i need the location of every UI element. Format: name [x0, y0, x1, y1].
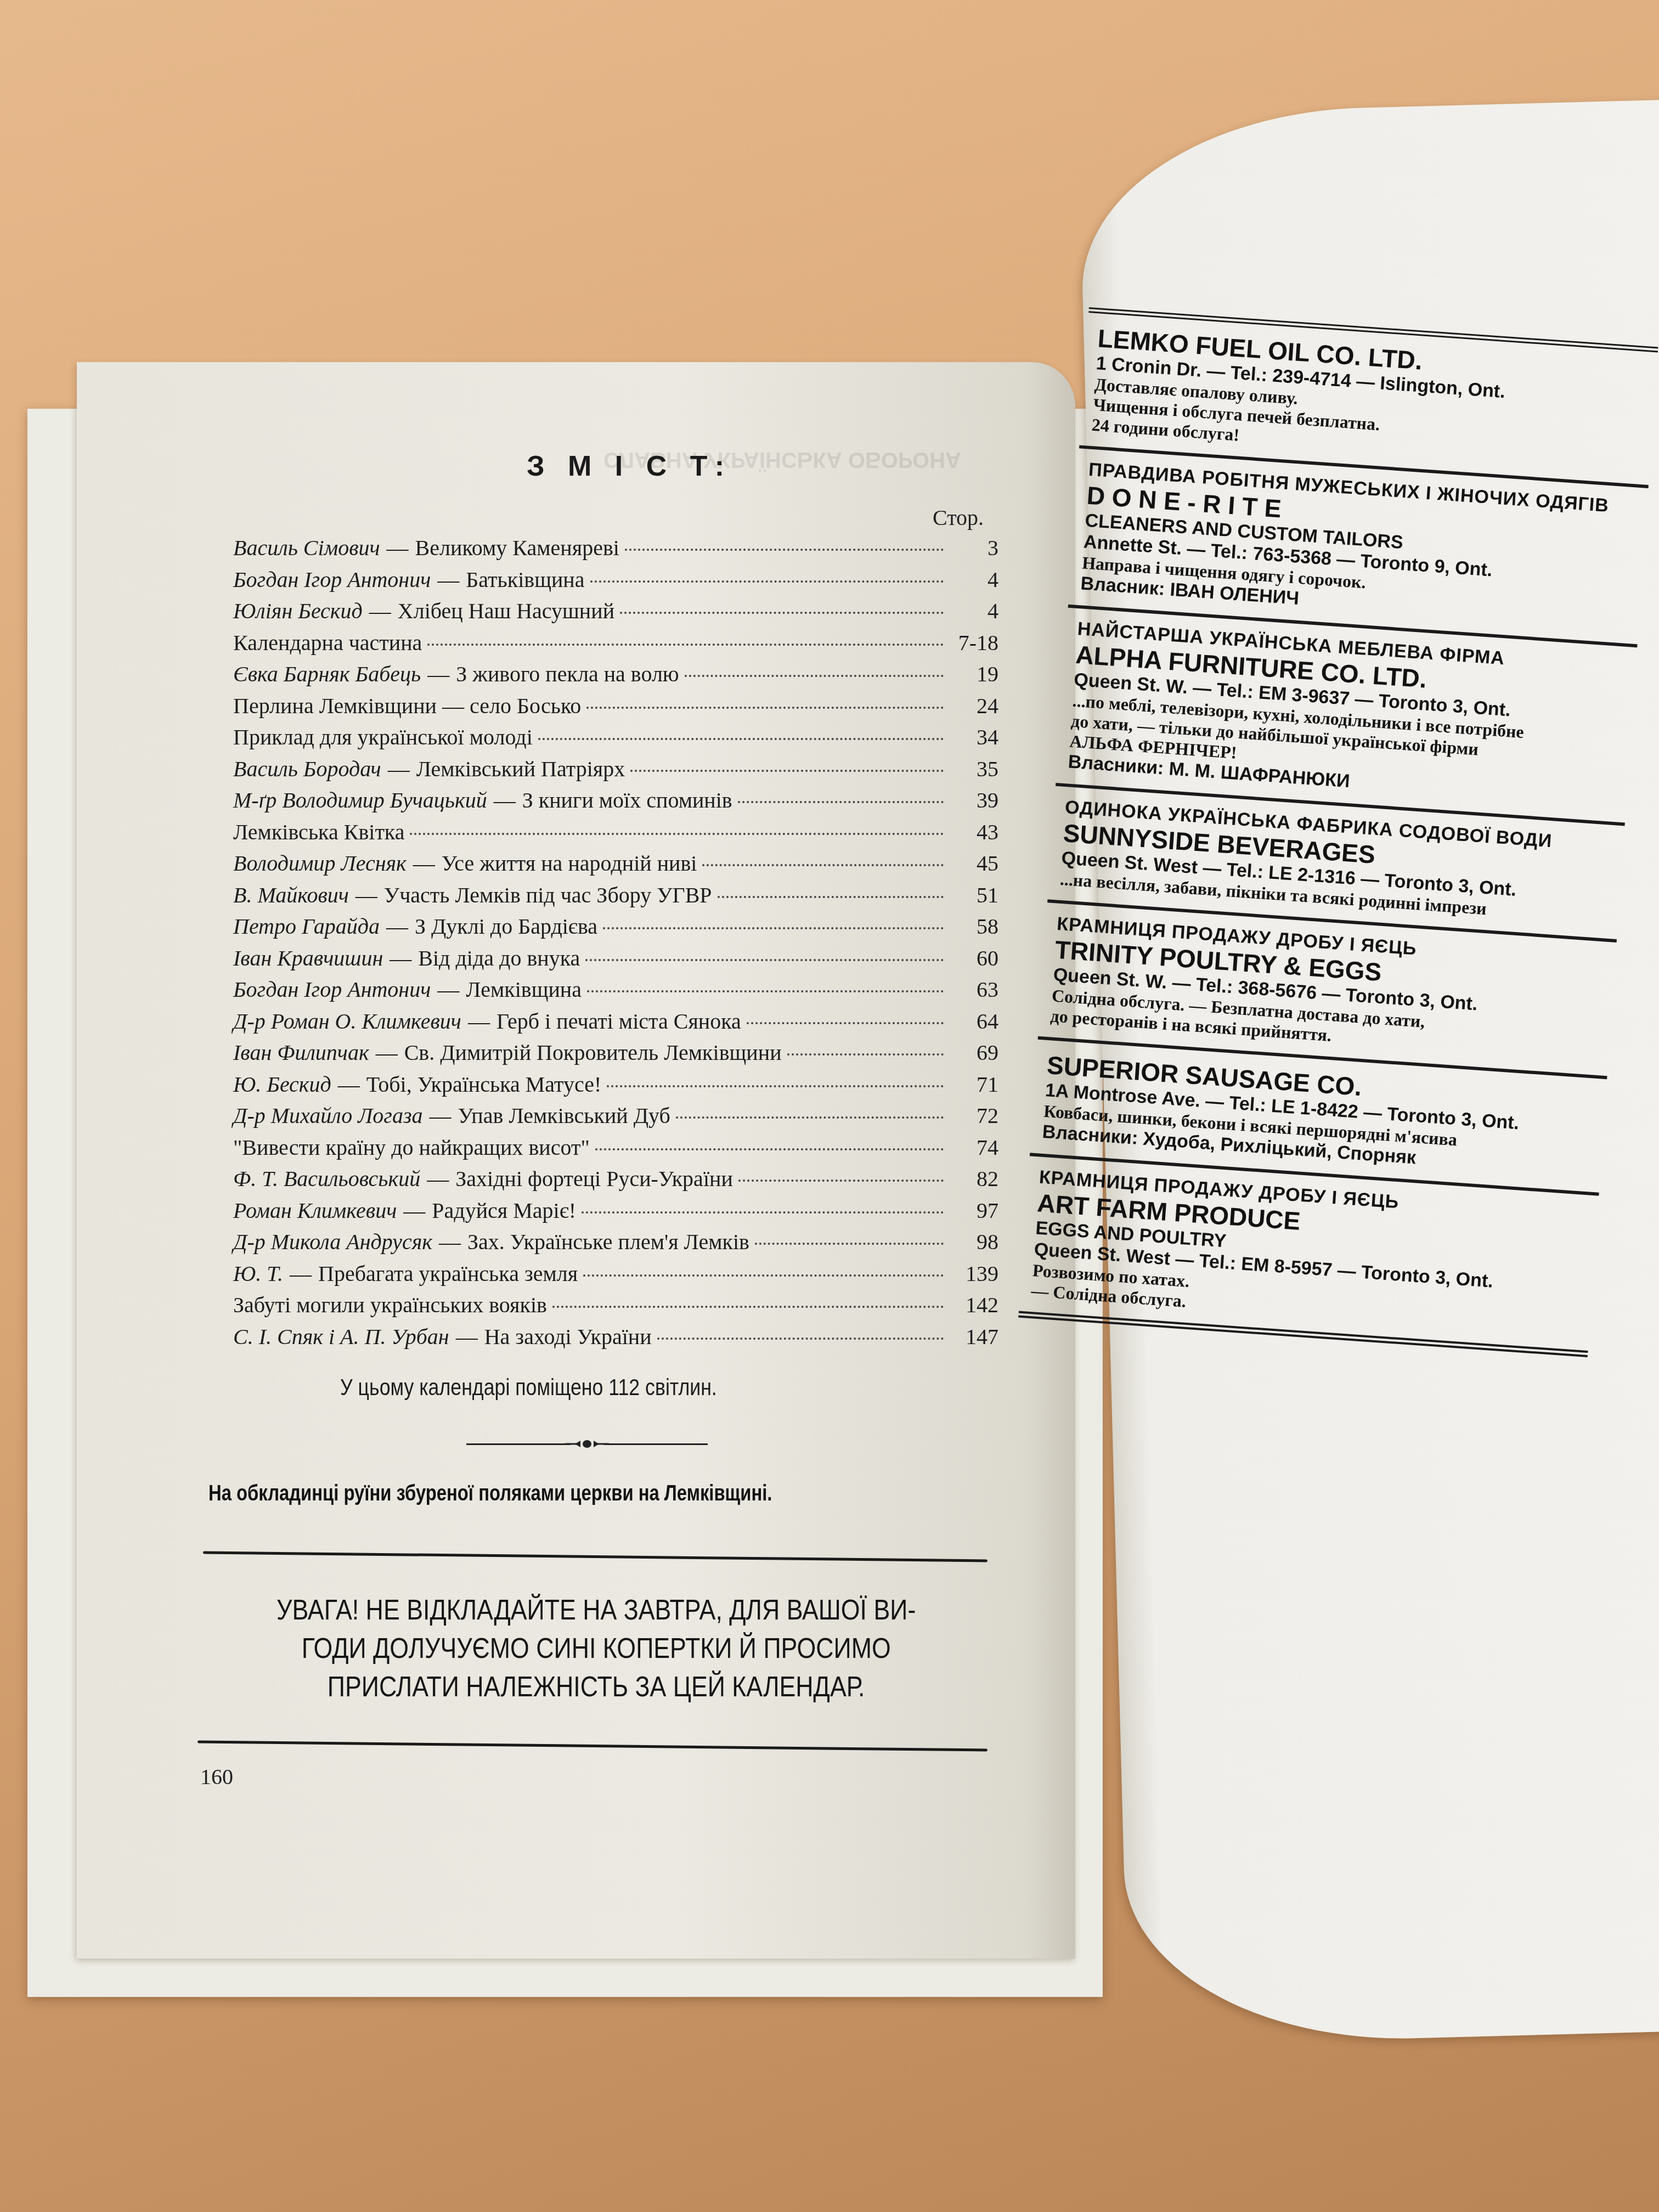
- toc-entry: Д-р Михайло Логаза—Упав Лемківський Дуб7…: [233, 1103, 998, 1135]
- toc-page-number: 4: [949, 567, 998, 592]
- toc-entry: Д-р Роман О. Климкевич—Герб і печаті міс…: [233, 1008, 998, 1040]
- payment-notice: УВАГА! НЕ ВІДКЛАДАЙТЕ НА ЗАВТРА, ДЛЯ ВАШ…: [198, 1591, 995, 1706]
- dot-leader: [595, 1148, 944, 1150]
- toc-entry: Іван Кравчишин—Від діда до внука60: [233, 945, 998, 977]
- dot-leader: [738, 1180, 944, 1182]
- toc-author: С. І. Спяк і А. П. Урбан: [233, 1324, 449, 1350]
- toc-author: Богдан Ігор Антонич: [233, 567, 431, 592]
- table-of-contents: Василь Сімович—Великому Каменяреві3Богда…: [233, 535, 998, 1355]
- toc-title: Усе життя на народній ниві: [442, 850, 697, 876]
- dot-leader: [538, 738, 944, 740]
- ornament-icon: [565, 1437, 609, 1451]
- toc-page-number: 82: [949, 1166, 998, 1192]
- toc-title: Від діда до внука: [418, 945, 580, 971]
- toc-page-number: 45: [949, 850, 998, 876]
- dash-separator: —: [388, 756, 410, 782]
- page-number: 160: [200, 1764, 233, 1790]
- toc-page-number: 139: [949, 1261, 998, 1286]
- toc-author: Іван Кравчишин: [233, 945, 383, 971]
- toc-entry: Лемківська Квітка43: [233, 819, 998, 851]
- toc-author: М-ґр Володимир Бучацький: [233, 787, 487, 813]
- toc-page-number: 71: [949, 1071, 998, 1097]
- toc-author: Юліян Бескид: [233, 598, 363, 624]
- toc-entry: Роман Климкевич—Радуйся Маріє!97: [233, 1198, 998, 1229]
- toc-entry: М-ґр Володимир Бучацький—З книги моїх сп…: [233, 787, 998, 819]
- toc-title: Пребагата українська земля: [318, 1261, 578, 1286]
- toc-page-number: 74: [949, 1135, 998, 1160]
- toc-entry: Петро Гарайда—З Дуклі до Бардієва58: [233, 913, 998, 945]
- toc-page-number: 3: [949, 535, 998, 561]
- toc-entry: Ю. Т.—Пребагата українська земля139: [233, 1261, 998, 1293]
- dash-separator: —: [387, 535, 409, 561]
- dash-separator: —: [468, 1008, 490, 1034]
- toc-page-number: 72: [949, 1103, 998, 1128]
- toc-title: Зах. Українське плем'я Лемків: [467, 1229, 749, 1255]
- dash-separator: —: [427, 1166, 449, 1192]
- toc-page-number: 51: [949, 882, 998, 908]
- toc-title: Хлібец Наш Насушний: [398, 598, 614, 624]
- dash-separator: —: [439, 1229, 461, 1255]
- dot-leader: [607, 1085, 944, 1087]
- toc-author: Д-р Михайло Логаза: [233, 1103, 423, 1128]
- toc-author: Ю. Т.: [233, 1261, 283, 1286]
- page-title: З М І С Т:: [527, 450, 732, 483]
- toc-author: Євка Барняк Бабець: [233, 661, 421, 687]
- photo-count-note: У цьому календарі поміщено 112 світлин.: [340, 1374, 717, 1401]
- dot-leader: [410, 833, 944, 835]
- toc-entry: "Вивести країну до найкращих висот"74: [233, 1135, 998, 1166]
- dot-leader: [603, 927, 944, 929]
- toc-page-number: 39: [949, 787, 998, 813]
- dot-leader: [587, 990, 944, 992]
- advertisements: LEMKO FUEL OIL CO. LTD.1 Cronin Dr. — Te…: [1018, 307, 1658, 1357]
- toc-page-number: 64: [949, 1008, 998, 1034]
- dash-separator: —: [437, 977, 459, 1002]
- toc-title: Лемківщина: [466, 977, 582, 1002]
- toc-title: Приклад для української молоді: [233, 724, 533, 750]
- toc-page-number: 24: [949, 693, 998, 719]
- dash-separator: —: [427, 661, 449, 687]
- notice-line: УВАГА! НЕ ВІДКЛАДАЙТЕ НА ЗАВТРА, ДЛЯ ВАШ…: [198, 1591, 995, 1629]
- notice-line: ПРИСЛАТИ НАЛЕЖНІСТЬ ЗА ЦЕЙ КАЛЕНДАР.: [198, 1668, 995, 1706]
- toc-page-number: 35: [949, 756, 998, 782]
- dash-separator: —: [376, 1040, 398, 1065]
- toc-author: Петро Гарайда: [233, 913, 380, 939]
- toc-author: Ю. Бескид: [233, 1071, 331, 1097]
- toc-title: Радуйся Маріє!: [432, 1198, 576, 1223]
- toc-entry: Богдан Ігор Антонич—Лемківщина63: [233, 977, 998, 1008]
- toc-page-number: 63: [949, 977, 998, 1002]
- toc-title: З книги моїх споминів: [522, 787, 732, 813]
- toc-page-number: 69: [949, 1040, 998, 1065]
- toc-author: Д-р Роман О. Климкевич: [233, 1008, 461, 1034]
- toc-page-number: 4: [949, 598, 998, 624]
- toc-title: З живого пекла на волю: [456, 661, 679, 687]
- notice-line: ГОДИ ДОЛУЧУЄМО СИНІ КОПЕРТКИ Й ПРОСИМО: [198, 1629, 995, 1668]
- dot-leader: [625, 549, 944, 551]
- toc-entry: Богдан Ігор Антонич—Батьківщина4: [233, 567, 998, 599]
- toc-entry: Василь Сімович—Великому Каменяреві3: [233, 535, 998, 567]
- toc-entry: С. І. Спяк і А. П. Урбан—На заході Украї…: [233, 1324, 998, 1356]
- toc-page-number: 98: [949, 1229, 998, 1255]
- toc-entry: Євка Барняк Бабець—З живого пекла на вол…: [233, 661, 998, 693]
- toc-title: Св. Димитрій Покровитель Лемківщини: [404, 1040, 782, 1065]
- toc-author: Володимир Лесняк: [233, 850, 407, 876]
- toc-title: Великому Каменяреві: [415, 535, 619, 561]
- toc-title: Лемківська Квітка: [233, 819, 404, 845]
- dash-separator: —: [437, 567, 459, 592]
- toc-entry: Ф. Т. Васильовський—Західні фортеці Руси…: [233, 1166, 998, 1198]
- dash-separator: —: [290, 1261, 312, 1286]
- dash-separator: —: [390, 945, 411, 971]
- toc-title: Забуті могили українських вояків: [233, 1292, 547, 1318]
- toc-title: Перлина Лемківщини — село Босько: [233, 693, 581, 719]
- dot-leader: [657, 1338, 944, 1340]
- toc-author: Василь Сімович: [233, 535, 380, 561]
- toc-title: Тобі, Українська Матусе!: [366, 1071, 602, 1097]
- dot-leader: [427, 644, 944, 646]
- toc-title: Лемківський Патріярх: [416, 756, 625, 782]
- dot-leader: [620, 612, 944, 614]
- dash-separator: —: [338, 1071, 360, 1097]
- toc-title: Західні фортеці Руси-України: [455, 1166, 733, 1192]
- dot-leader: [586, 707, 944, 709]
- dot-leader: [755, 1243, 944, 1245]
- toc-page-number: 34: [949, 724, 998, 750]
- toc-title: На заході України: [484, 1324, 652, 1350]
- toc-page-number: 43: [949, 819, 998, 845]
- dot-leader: [738, 801, 944, 803]
- toc-title: Батьківщина: [466, 567, 584, 592]
- toc-page-number: 60: [949, 945, 998, 971]
- dot-leader: [582, 1211, 944, 1214]
- toc-entry: Забуті могили українських вояків142: [233, 1292, 998, 1324]
- ornament-divider: [466, 1440, 708, 1448]
- toc-author: Василь Бородач: [233, 756, 381, 782]
- toc-entry: Василь Бородач—Лемківський Патріярх35: [233, 756, 998, 788]
- toc-entry: Володимир Лесняк—Усе життя на народній н…: [233, 850, 998, 882]
- dot-leader: [747, 1022, 944, 1024]
- toc-entry: Календарна частина7-18: [233, 630, 998, 662]
- dot-leader: [787, 1053, 944, 1056]
- dot-leader: [685, 675, 944, 677]
- dash-separator: —: [386, 913, 408, 939]
- dash-separator: —: [494, 787, 516, 813]
- toc-entry: Іван Филипчак—Св. Димитрій Покровитель Л…: [233, 1040, 998, 1071]
- toc-author: Ф. Т. Васильовський: [233, 1166, 420, 1192]
- dot-leader: [590, 580, 944, 583]
- dot-leader: [583, 1274, 944, 1277]
- dot-leader: [676, 1116, 944, 1119]
- toc-author: Д-р Микола Андрусяк: [233, 1229, 432, 1255]
- dot-leader: [702, 864, 944, 866]
- toc-page-number: 7-18: [949, 630, 998, 656]
- dot-leader: [718, 896, 944, 898]
- toc-author: Іван Филипчак: [233, 1040, 369, 1065]
- toc-page-number: 142: [949, 1292, 998, 1318]
- toc-page-number: 58: [949, 913, 998, 939]
- toc-title: З Дуклі до Бардієва: [415, 913, 597, 939]
- dash-separator: —: [356, 882, 377, 908]
- dash-separator: —: [456, 1324, 478, 1350]
- toc-author: В. Майкович: [233, 882, 349, 908]
- dash-separator: —: [430, 1103, 452, 1128]
- toc-entry: Юліян Бескид—Хлібец Наш Насушний4: [233, 598, 998, 630]
- dash-separator: —: [403, 1198, 425, 1223]
- toc-entry: Перлина Лемківщини — село Босько24: [233, 693, 998, 725]
- toc-title: Герб і печаті міста Сянока: [496, 1008, 741, 1034]
- toc-title: Участь Лемків під час Збору УГВР: [384, 882, 712, 908]
- toc-title: "Вивести країну до найкращих висот": [233, 1135, 590, 1160]
- page-column-header: Стор.: [933, 505, 984, 531]
- dash-separator: —: [413, 850, 435, 876]
- toc-entry: Ю. Бескид—Тобі, Українська Матусе!71: [233, 1071, 998, 1103]
- dash-separator: —: [369, 598, 391, 624]
- dot-leader: [585, 959, 944, 961]
- cover-photo-caption: На обкладинці руїни збуреної поляками це…: [208, 1481, 772, 1506]
- dot-leader: [552, 1306, 944, 1308]
- toc-entry: В. Майкович—Участь Лемків під час Збору …: [233, 882, 998, 914]
- toc-author: Богдан Ігор Антонич: [233, 977, 431, 1002]
- toc-page-number: 97: [949, 1198, 998, 1223]
- dot-leader: [630, 770, 944, 772]
- toc-title: Календарна частина: [233, 630, 422, 656]
- toc-page-number: 147: [949, 1324, 998, 1350]
- toc-title: Упав Лемківський Дуб: [458, 1103, 670, 1128]
- toc-entry: Приклад для української молоді34: [233, 724, 998, 756]
- toc-page-number: 19: [949, 661, 998, 687]
- toc-author: Роман Климкевич: [233, 1198, 397, 1223]
- toc-entry: Д-р Микола Андрусяк—Зах. Українське плем…: [233, 1229, 998, 1261]
